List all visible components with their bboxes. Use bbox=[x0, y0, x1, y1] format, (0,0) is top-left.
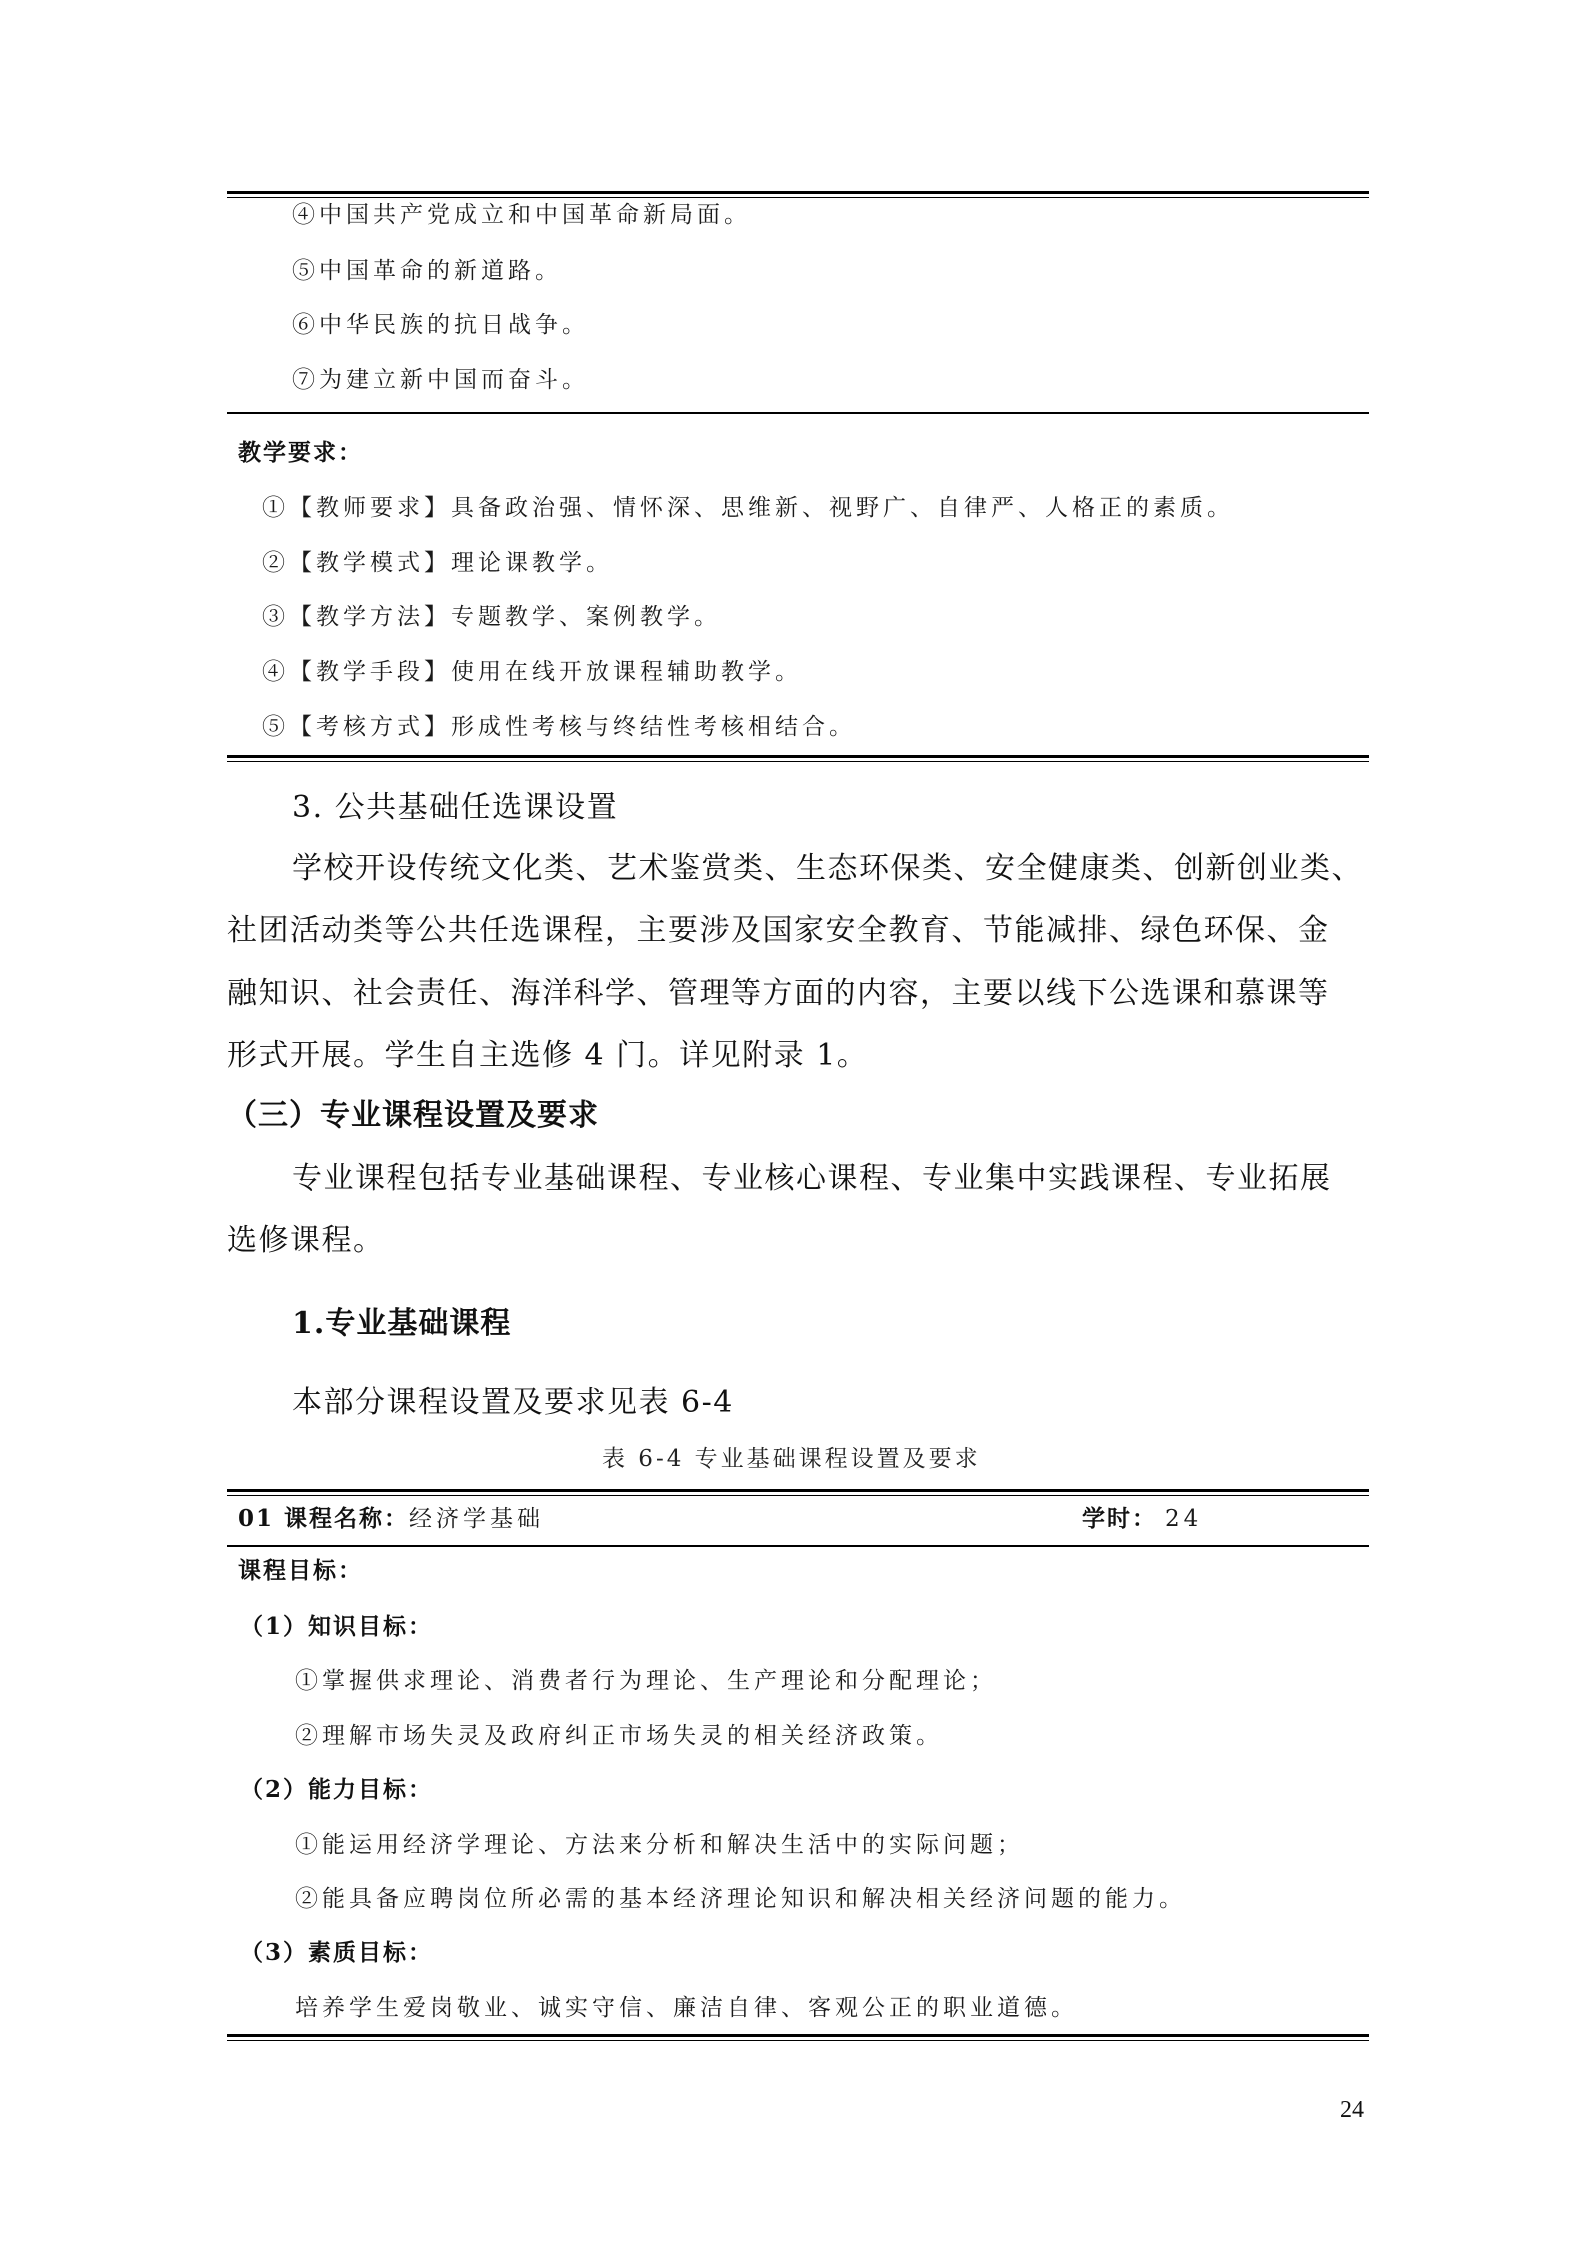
course-name-label: 01 课程名称： bbox=[238, 1505, 409, 1532]
table-row-divider bbox=[227, 1545, 1369, 1547]
course-title-row: 01 课程名称：经济学基础 bbox=[238, 1500, 544, 1533]
paragraph-line: 学校开设传统文化类、艺术鉴赏类、生态环保类、安全健康类、创新创业类、 bbox=[292, 843, 1363, 887]
objective-item: ②能具备应聘岗位所必需的基本经济理论知识和解决相关经济问题的能力。 bbox=[295, 1880, 1186, 1913]
objective-group-label: （2）能力目标： bbox=[240, 1771, 433, 1804]
objective-item: 培养学生爱岗敬业、诚实守信、廉洁自律、客观公正的职业道德。 bbox=[295, 1989, 1078, 2022]
paragraph-line: 选修课程。 bbox=[227, 1215, 385, 1259]
hours-label: 学时： bbox=[1082, 1505, 1157, 1532]
subsection-heading: 1.专业基础课程 bbox=[292, 1298, 511, 1342]
course-hours: 学时：24 bbox=[1082, 1500, 1202, 1533]
objectives-label: 课程目标： bbox=[238, 1552, 363, 1585]
section-heading: （三）专业课程设置及要求 bbox=[227, 1090, 599, 1134]
table-bottom-border bbox=[227, 2034, 1369, 2041]
paragraph-line: 社团活动类等公共任选课程，主要涉及国家安全教育、节能减排、绿色环保、金 bbox=[227, 905, 1330, 949]
teaching-requirement-item: ⑤【考核方式】形成性考核与终结性考核相结合。 bbox=[262, 708, 856, 741]
content-item: ⑥中华民族的抗日战争。 bbox=[292, 306, 589, 339]
teaching-requirement-item: ③【教学方法】专题教学、案例教学。 bbox=[262, 598, 721, 631]
teaching-requirement-item: ④【教学手段】使用在线开放课程辅助教学。 bbox=[262, 653, 802, 686]
course-name-value: 经济学基础 bbox=[409, 1506, 544, 1532]
content-item: ⑤中国革命的新道路。 bbox=[292, 252, 562, 285]
objective-group-label: （3）素质目标： bbox=[240, 1934, 433, 1967]
table-row-divider bbox=[227, 412, 1369, 414]
paragraph-line: 专业课程包括专业基础课程、专业核心课程、专业集中实践课程、专业拓展 bbox=[292, 1153, 1332, 1197]
content-item: ④中国共产党成立和中国革命新局面。 bbox=[292, 196, 751, 229]
page-number: 24 bbox=[1340, 2097, 1364, 2124]
intro-text: 本部分课程设置及要求见表 6-4 bbox=[292, 1377, 734, 1421]
objective-item: ①掌握供求理论、消费者行为理论、生产理论和分配理论； bbox=[295, 1662, 997, 1695]
table-caption: 表 6-4 专业基础课程设置及要求 bbox=[602, 1440, 981, 1473]
objective-item: ①能运用经济学理论、方法来分析和解决生活中的实际问题； bbox=[295, 1826, 1024, 1859]
content-item: ⑦为建立新中国而奋斗。 bbox=[292, 361, 589, 394]
table-bottom-border bbox=[227, 755, 1369, 762]
teaching-requirement-item: ②【教学模式】理论课教学。 bbox=[262, 544, 613, 577]
hours-value: 24 bbox=[1165, 1506, 1202, 1532]
teaching-requirement-item: ①【教师要求】具备政治强、情怀深、思维新、视野广、自律严、人格正的素质。 bbox=[262, 489, 1234, 522]
objective-group-label: （1）知识目标： bbox=[240, 1608, 433, 1641]
section-heading: 3. 公共基础任选课设置 bbox=[292, 782, 618, 826]
objective-item: ②理解市场失灵及政府纠正市场失灵的相关经济政策。 bbox=[295, 1717, 943, 1750]
paragraph-line: 形式开展。学生自主选修 4 门。详见附录 1。 bbox=[227, 1030, 868, 1074]
paragraph-line: 融知识、社会责任、海洋科学、管理等方面的内容，主要以线下公选课和慕课等 bbox=[227, 968, 1330, 1012]
teaching-requirements-label: 教学要求： bbox=[238, 434, 363, 467]
table-top-border bbox=[227, 1489, 1369, 1496]
